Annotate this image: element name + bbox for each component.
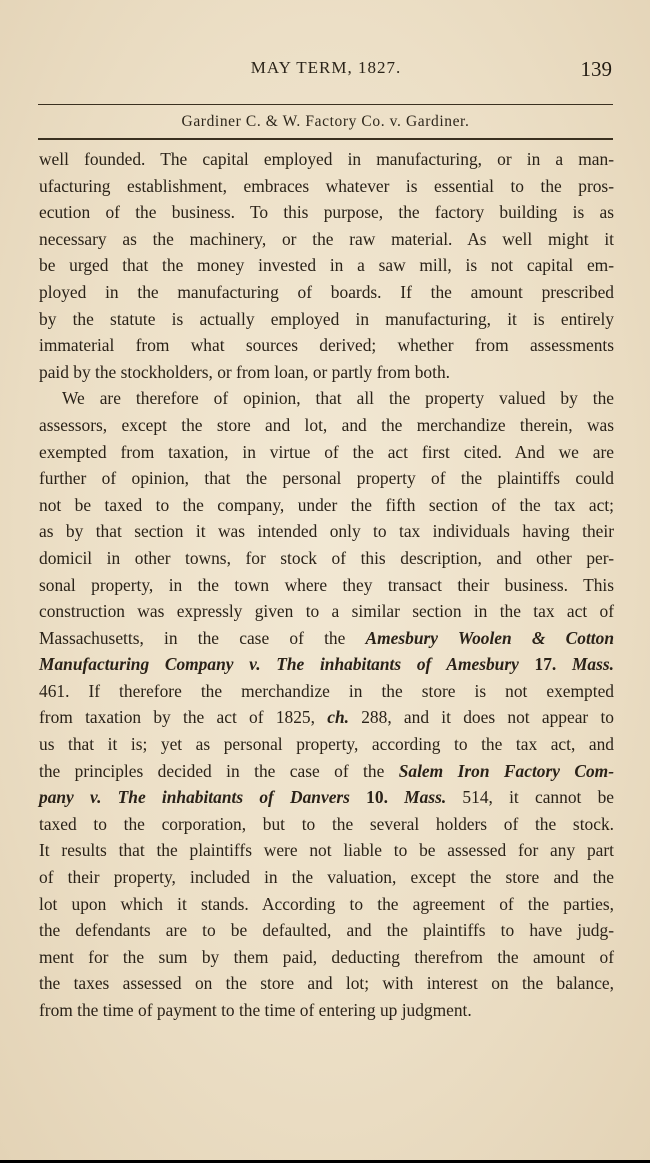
- text-run: from taxation by the act of 1825,: [39, 707, 327, 727]
- header-rule-bottom: [38, 138, 613, 140]
- text-line: us that it is; yet as personal property,…: [39, 731, 614, 758]
- text-line: ployed in the manufacturing of boards. I…: [39, 279, 614, 306]
- case-citation: pany v. The inhabitants of Danvers: [39, 787, 350, 807]
- reporter-abbrev: Mass.: [404, 787, 446, 807]
- text-line: It results that the plaintiffs were not …: [39, 837, 614, 864]
- text-line: ufacturing establishment, embraces whate…: [39, 173, 614, 200]
- text-line: by the statute is actually employed in m…: [39, 306, 614, 333]
- text-line: well founded. The capital employed in ma…: [39, 146, 614, 173]
- text-line: not be taxed to the company, under the f…: [39, 492, 614, 519]
- text-line: the taxes assessed on the store and lot;…: [39, 970, 614, 997]
- case-caption: Gardiner C. & W. Factory Co. v. Gardiner…: [38, 113, 613, 131]
- text-line: of their property, included in the valua…: [39, 864, 614, 891]
- running-title: MAY TERM, 1827.: [40, 58, 612, 78]
- text-line: ecution of the business. To this purpose…: [39, 199, 614, 226]
- text-line: immaterial from what sources derived; wh…: [39, 332, 614, 359]
- text-line: necessary as the machinery, or the raw m…: [39, 226, 614, 253]
- text-line: from taxation by the act of 1825, ch. 28…: [39, 704, 614, 731]
- paragraph-start-line: We are therefore of opinion, that all th…: [39, 385, 614, 412]
- page-number: 139: [581, 57, 613, 82]
- text-run: the principles decided in the case of th…: [39, 761, 399, 781]
- text-run: 288, and it does not appear to: [349, 707, 614, 727]
- case-citation: Amesbury Woolen & Cotton: [366, 628, 614, 648]
- text-run: 514, it cannot be: [446, 787, 614, 807]
- text-line: domicil in other towns, for stock of thi…: [39, 545, 614, 572]
- text-line: assessors, except the store and lot, and…: [39, 412, 614, 439]
- text-line: be urged that the money invested in a sa…: [39, 252, 614, 279]
- text-line: Massachusetts, in the case of the Amesbu…: [39, 625, 614, 652]
- text-line: taxed to the corporation, but to the sev…: [39, 811, 614, 838]
- text-line: the principles decided in the case of th…: [39, 758, 614, 785]
- body-text: well founded. The capital employed in ma…: [39, 146, 614, 1024]
- text-line: paid by the stockholders, or from loan, …: [39, 359, 614, 386]
- text-line: 461. If therefore the merchandize in the…: [39, 678, 614, 705]
- text-line: pany v. The inhabitants of Danvers 10. M…: [39, 784, 614, 811]
- text-line: further of opinion, that the personal pr…: [39, 465, 614, 492]
- book-page: MAY TERM, 1827. 139 Gardiner C. & W. Fac…: [0, 0, 650, 1160]
- reporter-abbrev: Mass.: [572, 654, 614, 674]
- text-line: from the time of payment to the time of …: [39, 997, 614, 1024]
- case-citation: Salem Iron Factory Com-: [399, 761, 614, 781]
- text-line: ment for the sum by them paid, deducting…: [39, 944, 614, 971]
- text-line: sonal property, in the town where they t…: [39, 572, 614, 599]
- case-citation: Manufacturing Company v. The inhabitants…: [39, 654, 519, 674]
- text-line: lot upon which it stands. According to t…: [39, 891, 614, 918]
- header-rule-top: [38, 104, 613, 105]
- text-run: Massachusetts, in the case of the: [39, 628, 366, 648]
- text-line: as by that section it was intended only …: [39, 518, 614, 545]
- text-line: exempted from taxation, in virtue of the…: [39, 439, 614, 466]
- text-run: 10.: [350, 787, 404, 807]
- text-line: construction was expressly given to a si…: [39, 598, 614, 625]
- text-line: Manufacturing Company v. The inhabitants…: [39, 651, 614, 678]
- text-run: 17.: [519, 654, 572, 674]
- running-head: MAY TERM, 1827. 139: [40, 58, 612, 82]
- text-line: the defendants are to be defaulted, and …: [39, 917, 614, 944]
- chapter-abbrev: ch.: [327, 707, 349, 727]
